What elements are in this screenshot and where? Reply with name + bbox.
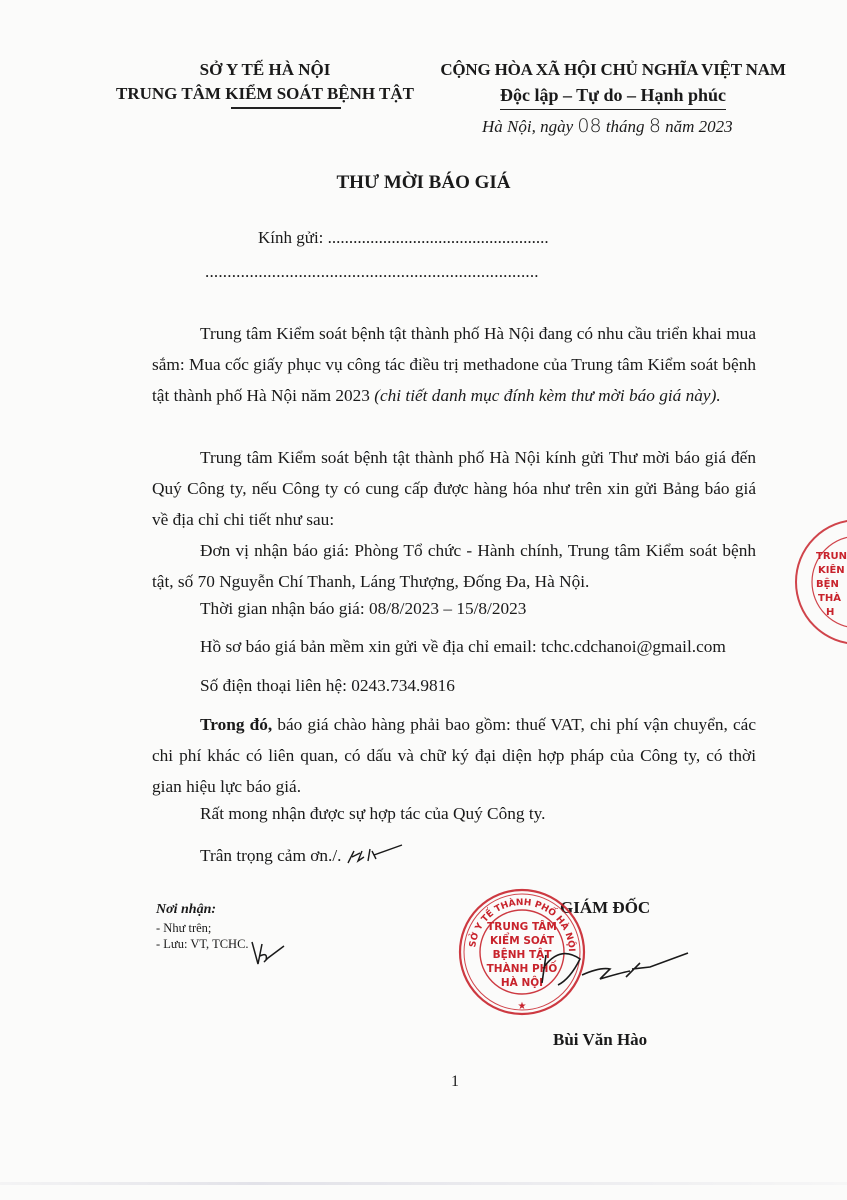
email-address: tchc.cdchanoi@gmail.com bbox=[541, 637, 726, 656]
phone-label: Số điện thoại liên hệ: bbox=[200, 676, 351, 695]
closing-thanks: Trân trọng cảm ơn./. bbox=[200, 843, 404, 867]
recipients-title: Nơi nhận: bbox=[156, 902, 216, 918]
requirements-lead: Trong đó, bbox=[200, 715, 272, 734]
recipient-blank-1: ........................................… bbox=[328, 228, 549, 247]
date-place: Hà Nội, ngày bbox=[482, 117, 577, 136]
date-month-label: tháng bbox=[602, 117, 649, 136]
email-label: Hồ sơ báo giá bản mềm xin gửi về địa chỉ… bbox=[200, 637, 541, 656]
paragraph-purpose: Trung tâm Kiểm soát bệnh tật thành phố H… bbox=[152, 318, 756, 411]
document-title: THƯ MỜI BÁO GIÁ bbox=[0, 172, 847, 194]
recipient-blank-2: ........................................… bbox=[205, 262, 539, 282]
paragraph-address: Đơn vị nhận báo giá: Phòng Tổ chức - Hàn… bbox=[152, 535, 756, 597]
nation-name: CỘNG HÒA XÃ HỘI CHỦ NGHĨA VIỆT NAM bbox=[428, 58, 798, 82]
receive-time-label: Thời gian nhận báo giá: bbox=[200, 599, 369, 618]
closing-hope: Rất mong nhận được sự hợp tác của Quý Cô… bbox=[200, 804, 545, 824]
recipient-item: - Lưu: VT, TCHC. bbox=[156, 937, 249, 952]
purpose-note: (chi tiết danh mục đính kèm thư mời báo … bbox=[374, 386, 720, 405]
date-month: 8 bbox=[649, 115, 661, 137]
agency-parent: SỞ Y TẾ HÀ NỘI bbox=[100, 58, 430, 82]
phone-number: 0243.734.9816 bbox=[351, 676, 455, 695]
receive-time-value: 08/8/2023 – 15/8/2023 bbox=[369, 599, 526, 618]
signer-name: Bùi Văn Hào bbox=[553, 1030, 647, 1050]
svg-text:KIÊN: KIÊN bbox=[818, 563, 845, 576]
scan-artifact bbox=[0, 1182, 847, 1185]
svg-text:BỆN: BỆN bbox=[816, 577, 839, 590]
closing-thanks-text: Trân trọng cảm ơn./. bbox=[200, 846, 341, 865]
page-number: 1 bbox=[451, 1073, 459, 1091]
date-year: năm 2023 bbox=[661, 117, 733, 136]
date-day: 08 bbox=[577, 115, 601, 137]
svg-text:H: H bbox=[826, 607, 834, 618]
agency-name: TRUNG TÂM KIỂM SOÁT BỆNH TẬT bbox=[100, 82, 430, 106]
svg-text:HÀ NỘI: HÀ NỘI bbox=[501, 976, 543, 989]
agency-underline bbox=[231, 107, 341, 109]
document-date: Hà Nội, ngày 08 tháng 8 năm 2023 bbox=[482, 115, 733, 137]
recipient-item: - Như trên; bbox=[156, 921, 211, 936]
phone-line: Số điện thoại liên hệ: 0243.734.9816 bbox=[200, 676, 455, 696]
email-line: Hồ sơ báo giá bản mềm xin gửi về địa chỉ… bbox=[200, 637, 726, 657]
address-text: Đơn vị nhận báo giá: Phòng Tổ chức - Hàn… bbox=[152, 541, 756, 591]
svg-text:TRUNG TÂM: TRUNG TÂM bbox=[487, 920, 557, 933]
national-motto: Độc lập – Tự do – Hạnh phúc bbox=[500, 82, 726, 110]
agency-header: SỞ Y TẾ HÀ NỘI TRUNG TÂM KIỂM SOÁT BỆNH … bbox=[100, 58, 430, 106]
receive-time: Thời gian nhận báo giá: 08/8/2023 – 15/8… bbox=[200, 599, 526, 619]
svg-text:★: ★ bbox=[518, 1001, 527, 1012]
svg-text:TRUN: TRUN bbox=[816, 551, 847, 562]
paragraph-requirements: Trong đó, báo giá chào hàng phải bao gồm… bbox=[152, 709, 756, 802]
recipient-label: Kính gửi: bbox=[258, 228, 328, 247]
initials-signature-icon bbox=[344, 843, 404, 867]
national-header: CỘNG HÒA XÃ HỘI CHỦ NGHĨA VIỆT NAM Độc l… bbox=[428, 58, 798, 110]
edge-stamp-icon: TRUN KIÊN BỆN THÀ H bbox=[788, 512, 847, 662]
invitation-text: Trung tâm Kiểm soát bệnh tật thành phố H… bbox=[152, 448, 756, 529]
initials-mark-icon bbox=[248, 938, 288, 968]
director-signature-icon bbox=[540, 945, 690, 1000]
svg-text:THÀ: THÀ bbox=[818, 591, 841, 604]
recipient-line: Kính gửi: ..............................… bbox=[258, 228, 549, 248]
paragraph-invitation: Trung tâm Kiểm soát bệnh tật thành phố H… bbox=[152, 442, 756, 535]
